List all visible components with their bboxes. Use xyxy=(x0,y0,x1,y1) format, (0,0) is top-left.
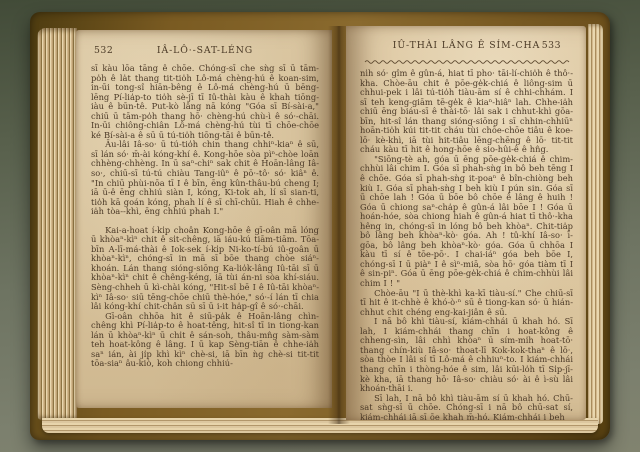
paragraph: Chòe-āu "I ū thè-khì ka-kī tiàu-sí." Che… xyxy=(360,289,573,318)
paragraph: Āu-lâi Iâ-so· ū tú-tio̍h chin thang chhi… xyxy=(91,140,319,216)
page-number-left: 532 xyxy=(94,45,113,56)
page-number-right: 533 xyxy=(542,40,561,51)
paragraph: "Siōng-tè ah, góa ū ēng pōe-ge̍k-chiá ê … xyxy=(360,155,573,289)
book-page-left: 532 IÂ-LÔ·-SAT-LÉNG sī kàu lōa tāng ê ch… xyxy=(76,30,332,408)
open-book: 532 IÂ-LÔ·-SAT-LÉNG sī kàu lōa tāng ê ch… xyxy=(30,12,610,440)
page-text-right: ni̍h só· gîm ê gûn-á, hiat tī pho· tāi-l… xyxy=(360,69,573,422)
book-page-right: IÛ-THÀI LÂNG Ê SÍM-CHA 533 ni̍h só· gîm … xyxy=(346,26,586,420)
running-header-left: 532 IÂ-LÔ·-SAT-LÉNG xyxy=(91,45,319,58)
desk-background: 532 IÂ-LÔ·-SAT-LÉNG sī kàu lōa tāng ê ch… xyxy=(0,0,640,452)
running-title-right: IÛ-THÀI LÂNG Ê SÍM-CHA xyxy=(393,40,540,51)
page-edges-left xyxy=(37,28,77,420)
paragraph: Sī lah, I nā bô khì tiàu-ām sí ū khah hó… xyxy=(360,394,573,423)
paragraph: sī kàu lōa tāng ê chōe. Chóng-sī che sǹg… xyxy=(91,64,319,140)
paragraph: Gī-oân chhōa hit ê siū-pa̍k ê Hoān-lâng … xyxy=(91,312,319,369)
header-rule-wavy xyxy=(364,59,570,64)
paragraph: ni̍h só· gîm ê gûn-á, hiat tī pho· tāi-l… xyxy=(360,69,573,155)
paragraph: I nā bô khì tiàu-sí, kiám-chhái ū khah h… xyxy=(360,317,573,393)
page-edges-right xyxy=(588,24,603,424)
running-title-left: IÂ-LÔ·-SAT-LÉNG xyxy=(157,45,253,56)
running-header-right: IÛ-THÀI LÂNG Ê SÍM-CHA 533 xyxy=(360,40,573,53)
paragraph: Kai-a-hoat í-ki̍p choân Kong-hōe ê gī-oâ… xyxy=(91,226,319,312)
page-text-left: sī kàu lōa tāng ê chōe. Chóng-sī che sǹg… xyxy=(91,64,319,369)
